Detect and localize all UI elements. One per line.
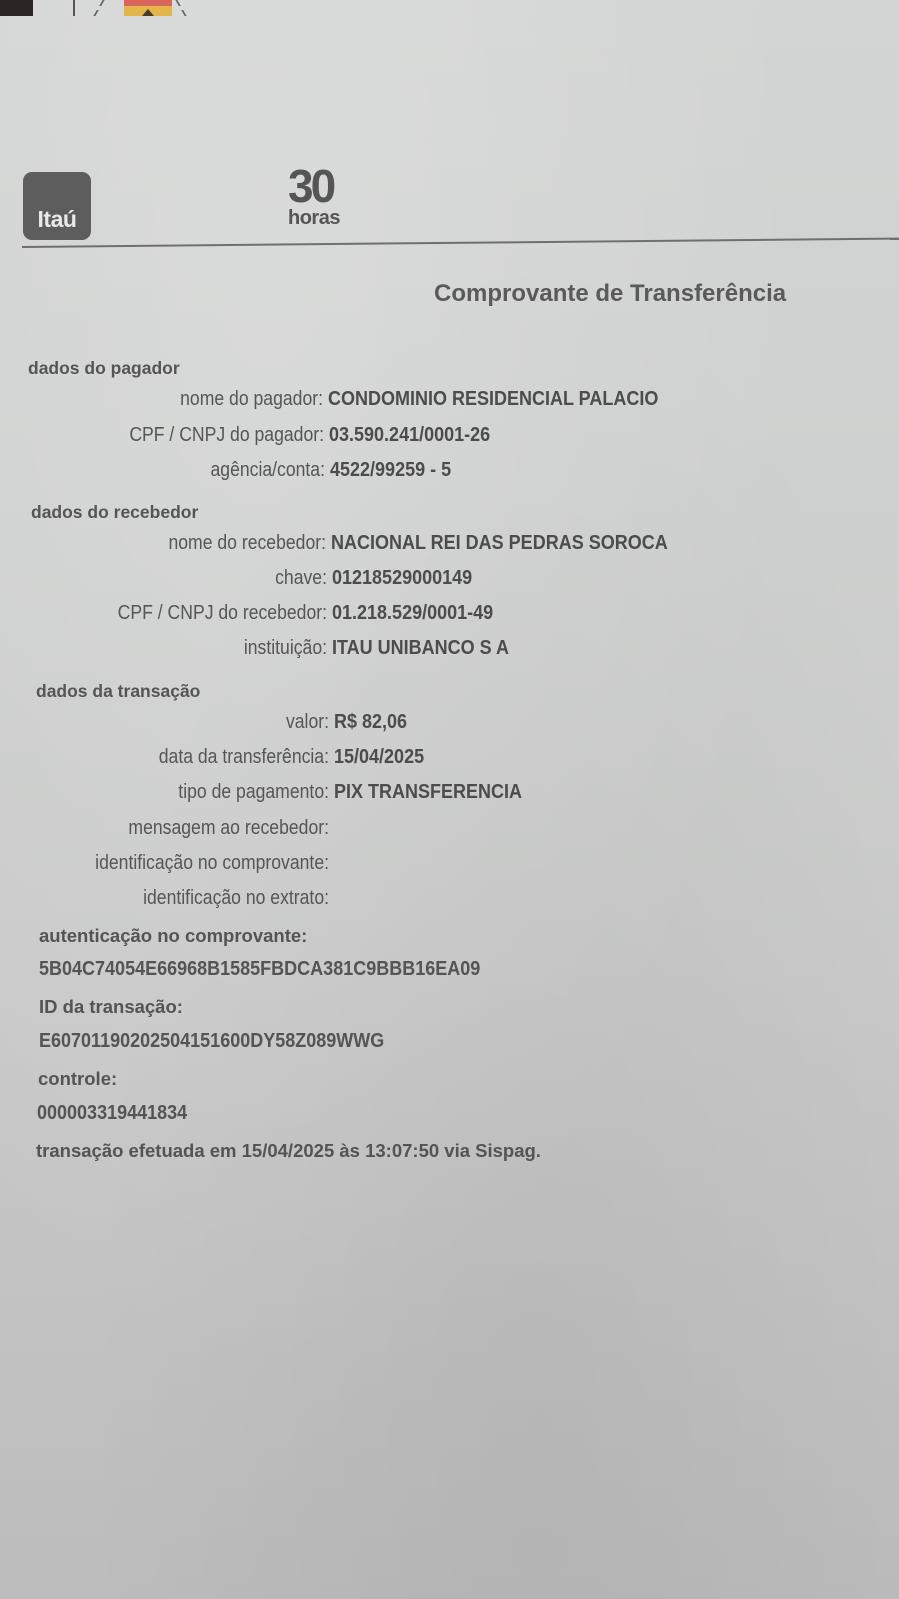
- footer-note: transação efetuada em 15/04/2025 às 13:0…: [36, 1140, 541, 1162]
- field-row-cpf-cnpj-pagador: CPF / CNPJ do pagador: 03.590.241/0001-2…: [0, 424, 508, 447]
- controle-label: controle:: [38, 1068, 117, 1090]
- itau-logo-text: Itaú: [38, 206, 77, 233]
- field-label: mensagem ao recebedor:: [39, 817, 329, 840]
- 30-horas-word: horas: [288, 208, 368, 228]
- field-row-identificacao-comprovante: identificação no comprovante:: [0, 852, 334, 875]
- field-row-nome-pagador: nome do pagador: CONDOMINIO RESIDENCIAL …: [0, 388, 695, 411]
- field-row-chave: chave: 01218529000149: [0, 567, 488, 590]
- field-value: 03.590.241/0001-26: [329, 424, 490, 447]
- field-label: tipo de pagamento:: [39, 781, 329, 804]
- field-row-valor: valor: R$ 82,06: [0, 711, 415, 734]
- field-label: nome do recebedor:: [39, 532, 326, 555]
- field-label: CPF / CNPJ do pagador:: [39, 424, 324, 447]
- id-transacao-label: ID da transação:: [39, 996, 183, 1018]
- autenticacao-value: 5B04C74054E66968B1585FBDCA381C9BBB16EA09: [39, 958, 480, 981]
- autenticacao-label: autenticação no comprovante:: [39, 925, 307, 947]
- field-row-instituicao: instituição: ITAU UNIBANCO S A: [0, 637, 529, 660]
- emblem-icon: [84, 0, 209, 17]
- field-row-cpf-cnpj-recebedor: CPF / CNPJ do recebedor: 01.218.529/0001…: [0, 602, 511, 625]
- id-transacao-value: E60701190202504151600DY58Z089WWG: [39, 1030, 384, 1053]
- field-row-data-transferencia: data da transferência: 15/04/2025: [0, 746, 434, 769]
- field-label: CPF / CNPJ do recebedor:: [39, 602, 327, 625]
- field-value: ITAU UNIBANCO S A: [332, 637, 509, 660]
- section-pagador-title: dados do pagador: [28, 358, 180, 379]
- top-clipped-artwork: [0, 0, 899, 20]
- dark-block-decoration: [0, 0, 33, 16]
- field-value: 15/04/2025: [334, 746, 424, 769]
- field-value: 01218529000149: [332, 567, 472, 590]
- field-label: nome do pagador:: [39, 388, 323, 411]
- header-divider: [22, 238, 899, 248]
- field-value: 4522/99259 - 5: [330, 459, 451, 482]
- field-value: 01.218.529/0001-49: [332, 602, 493, 625]
- field-label: identificação no extrato:: [39, 887, 329, 910]
- field-label: identificação no comprovante:: [39, 852, 329, 875]
- field-row-tipo-pagamento: tipo de pagamento: PIX TRANSFERENCIA: [0, 781, 543, 804]
- section-recebedor-title: dados do recebedor: [31, 502, 198, 523]
- field-label: valor:: [39, 711, 329, 734]
- field-row-agencia-conta: agência/conta: 4522/99259 - 5: [0, 459, 465, 482]
- itau-logo: Itaú: [23, 172, 91, 240]
- field-label: instituição:: [39, 637, 327, 660]
- controle-value: 000003319441834: [37, 1102, 187, 1125]
- vertical-line-decoration: [73, 0, 75, 16]
- field-row-mensagem-recebedor: mensagem ao recebedor:: [0, 817, 334, 840]
- field-row-nome-recebedor: nome do recebedor: NACIONAL REI DAS PEDR…: [0, 532, 705, 555]
- 30-horas-logo: 30 horas: [288, 164, 368, 228]
- section-transacao-title: dados da transação: [36, 681, 200, 702]
- field-value: CONDOMINIO RESIDENCIAL PALACIO: [328, 388, 658, 411]
- field-label: data da transferência:: [39, 746, 329, 769]
- field-value: R$ 82,06: [334, 711, 407, 734]
- document-title: Comprovante de Transferência: [434, 280, 786, 308]
- field-value: PIX TRANSFERENCIA: [334, 781, 522, 804]
- 30-horas-number: 30: [288, 164, 368, 208]
- field-row-identificacao-extrato: identificação no extrato:: [0, 887, 334, 910]
- field-label: chave:: [39, 567, 327, 590]
- field-label: agência/conta:: [39, 459, 325, 482]
- field-value: NACIONAL REI DAS PEDRAS SOROCA: [331, 532, 668, 555]
